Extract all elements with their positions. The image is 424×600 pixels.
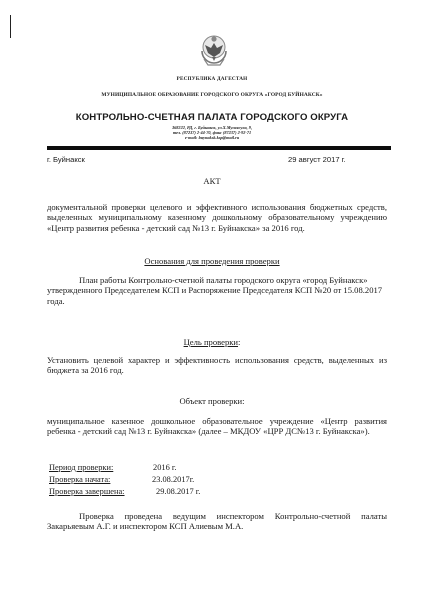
basis-heading-text: Основания для проведения проверки [144, 256, 279, 266]
object-heading: Объект проверки: [0, 396, 424, 406]
meta-row-start: Проверка начата: 23.08.2017г. [49, 475, 110, 484]
email-line: e-mail: buynaksk.ksp@mail.ru [0, 135, 424, 140]
goal-paragraph: Установить целевой характер и эффективно… [47, 355, 387, 376]
meta-value: 29.08.2017 г. [156, 487, 200, 496]
meta-label: Проверка начата: [49, 475, 110, 484]
meta-value: 2016 г. [153, 463, 176, 472]
meta-row-end: Проверка завершена: 29.08.2017 г. [49, 487, 125, 496]
goal-heading-colon: : [238, 337, 240, 347]
meta-value: 23.08.2017г. [152, 475, 194, 484]
header-divider [47, 146, 391, 150]
organization-address: 368222, РД, г. Буйнакск, ул.Х.Мусаясула,… [0, 125, 424, 140]
goal-heading-text: Цель проверки [184, 337, 238, 347]
document-date: 29 август 2017 г. [288, 155, 346, 164]
republic-name: РЕСПУБЛИКА ДАГЕСТАН [0, 76, 424, 82]
municipality-name: МУНИЦИПАЛЬНОЕ ОБРАЗОВАНИЕ ГОРОДСКОГО ОКР… [0, 92, 424, 98]
intro-paragraph: документальной проверки целевого и эффек… [47, 202, 387, 233]
basis-paragraph: План работы Контрольно-счетной палаты го… [47, 275, 387, 306]
basis-heading: Основания для проведения проверки [0, 256, 424, 266]
conclusion-paragraph: Проверка проведена ведущим инспектором К… [47, 511, 387, 532]
object-paragraph: муниципальное казенное дошкольное образо… [47, 416, 387, 437]
document-title: АКТ [0, 176, 424, 186]
meta-label: Период проверки: [49, 463, 113, 472]
coat-of-arms-icon [198, 31, 230, 69]
meta-row-period: Период проверки: 2016 г. [49, 463, 113, 472]
organization-name: КОНТРОЛЬНО-СЧЕТНАЯ ПАЛАТА ГОРОДСКОГО ОКР… [0, 112, 424, 123]
goal-heading: Цель проверки: [0, 337, 424, 347]
document-place: г. Буйнакск [47, 155, 85, 164]
meta-label: Проверка завершена: [49, 487, 125, 496]
margin-mark [10, 15, 11, 38]
